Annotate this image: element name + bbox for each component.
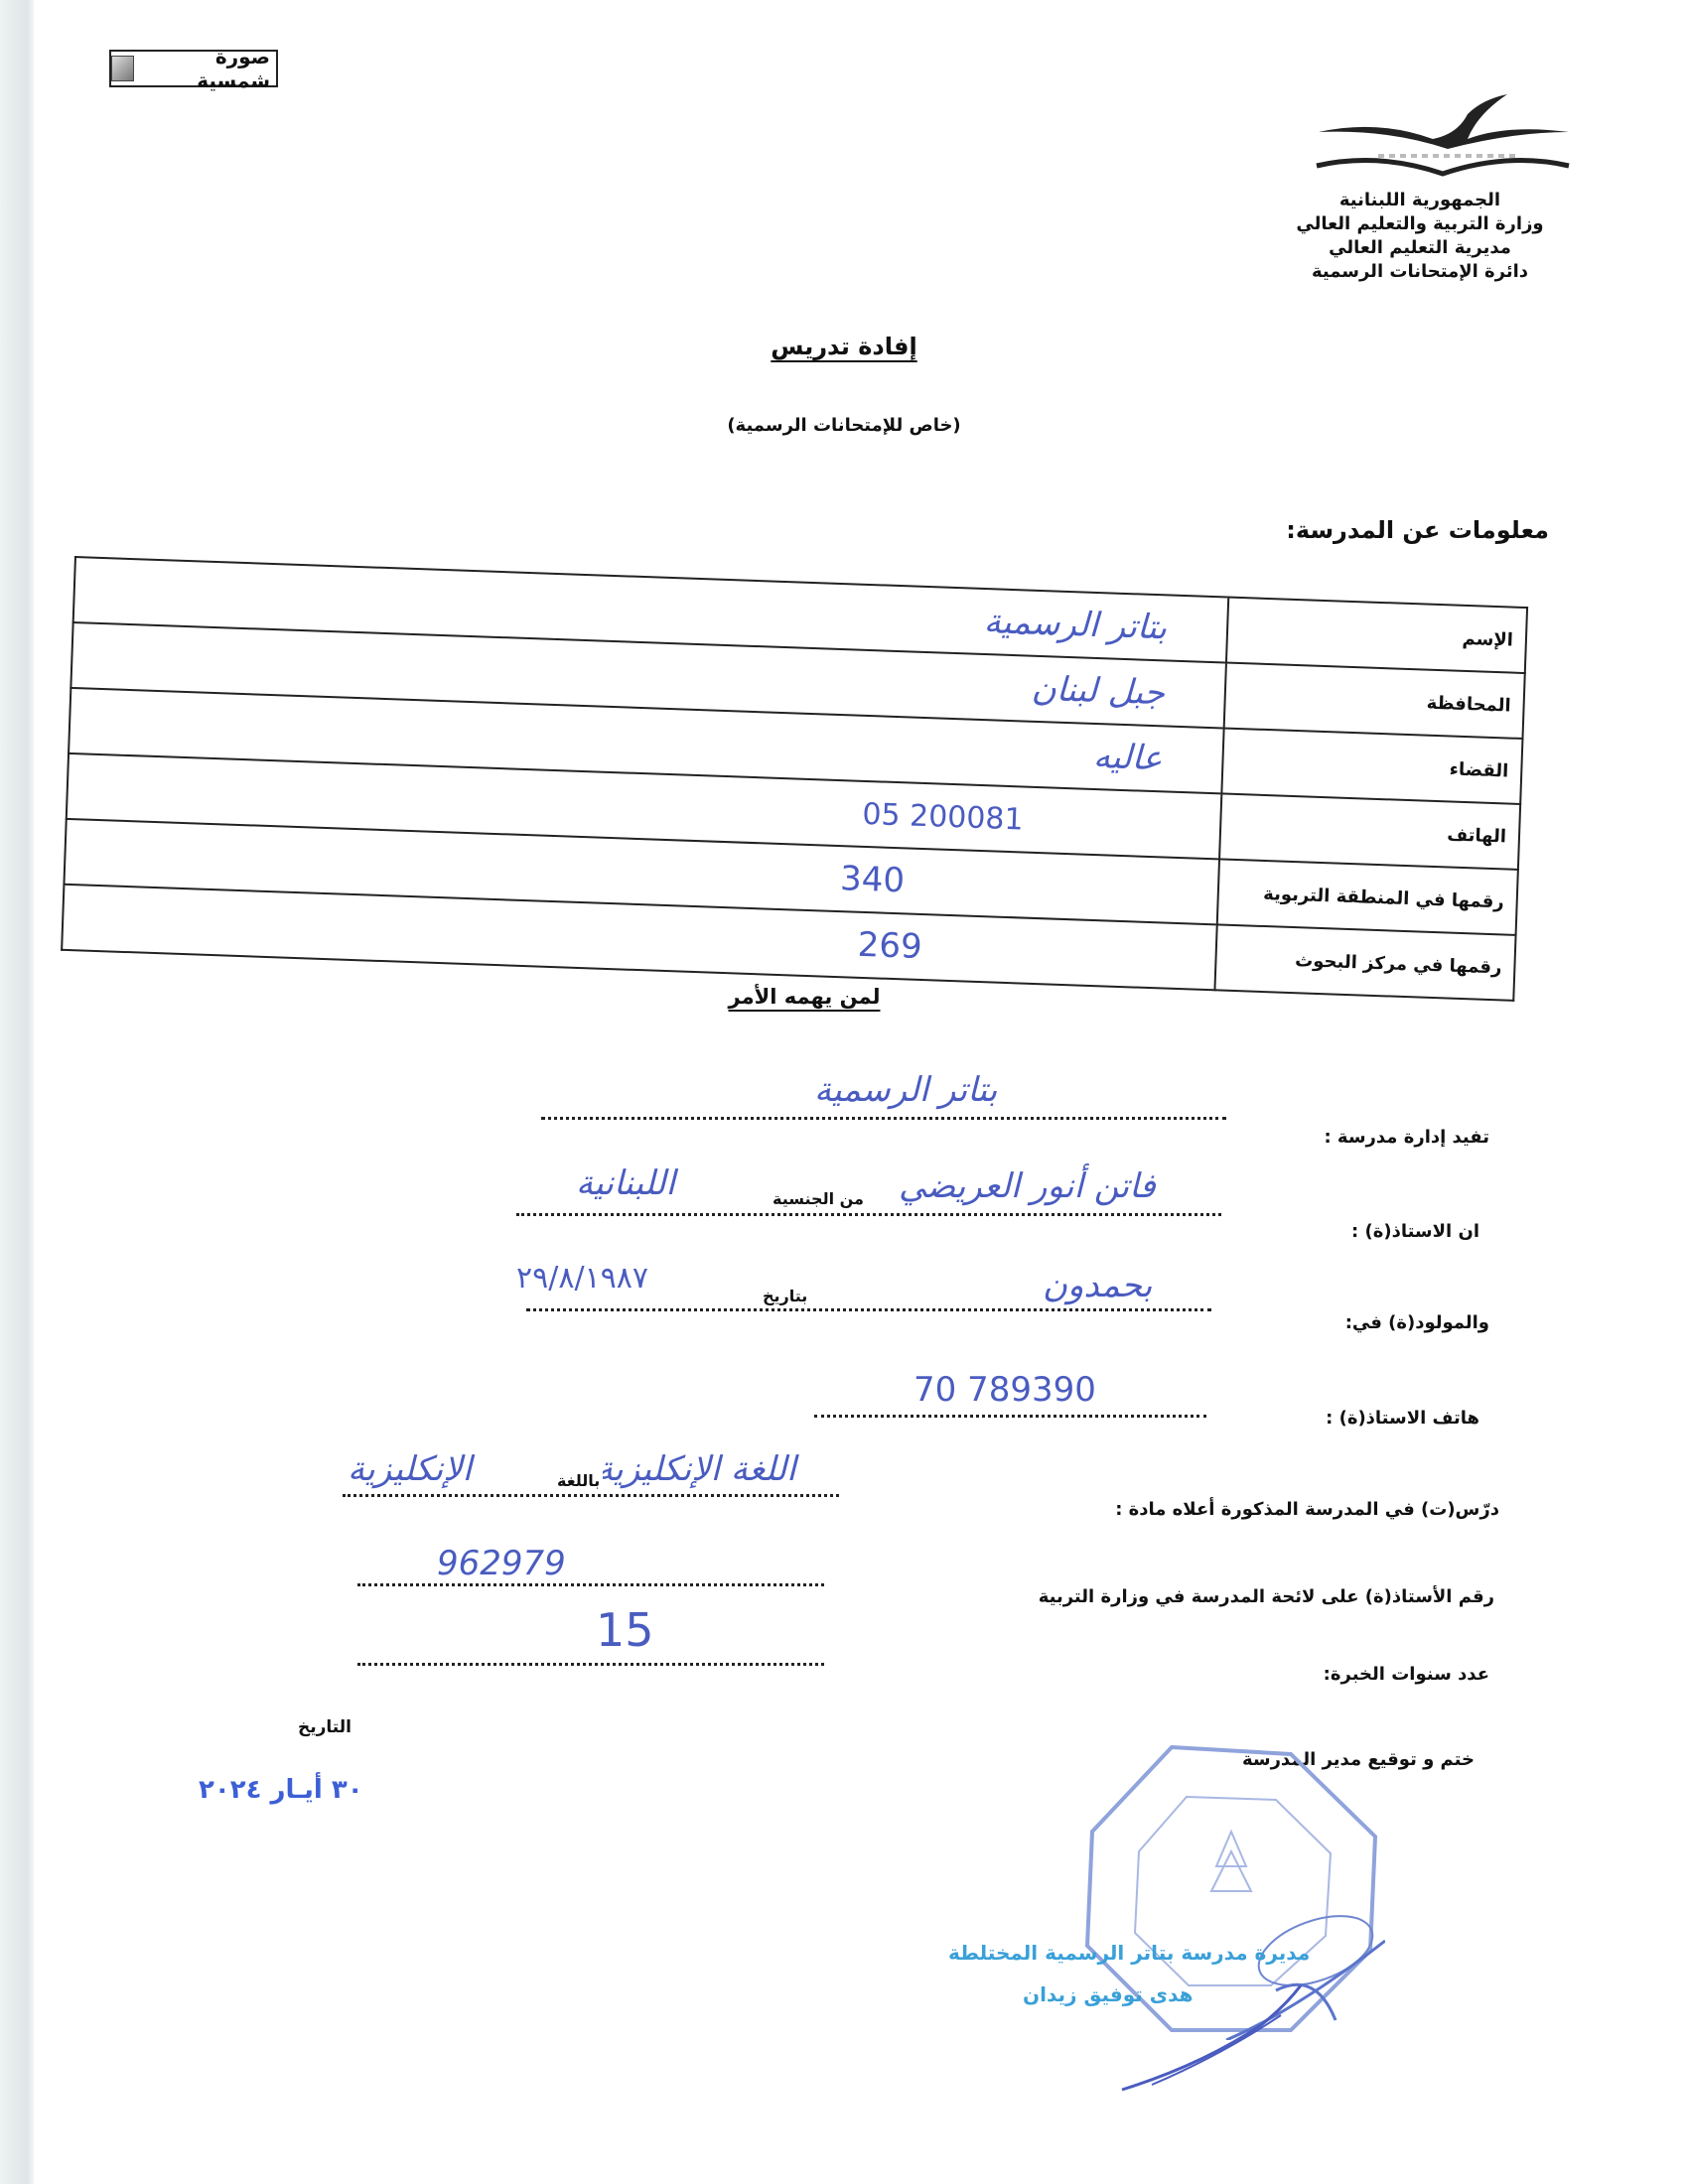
experience-years-value: 15 [596, 1603, 654, 1657]
row-label: الهاتف [1219, 793, 1520, 869]
experience-years-label: عدد سنوات الخبرة: [1324, 1664, 1489, 1685]
teacher-phone-label: هاتف الاستاذ(ة) : [1326, 1408, 1479, 1429]
header-line: الجمهورية اللبنانية [1271, 189, 1569, 212]
subject-value: اللغة الإنكليزية [596, 1449, 796, 1489]
teacher-dotted-line [516, 1213, 1221, 1216]
row-label: القضاء [1221, 729, 1522, 804]
birth-place-label: والمولود(ة) في: [1345, 1312, 1489, 1333]
school-admin-value: بتاتر الرسمية [814, 1070, 997, 1110]
ministry-number-value: 962979 [437, 1544, 566, 1583]
header-line: وزارة التربية والتعليم العالي [1271, 212, 1569, 236]
row-label: رقمها في المنطقة التربوية [1217, 859, 1518, 934]
row-label: الإسم [1226, 598, 1527, 673]
ministry-header: الجمهورية اللبنانية وزارة التربية والتعل… [1271, 189, 1569, 284]
teacher-phone-dotted-line [814, 1415, 1206, 1418]
date-value: ٣٠ أيـار ٢٠٢٤ [199, 1775, 363, 1805]
ministry-number-dotted-line [357, 1583, 824, 1586]
photo-label: صورة شمسية [138, 45, 270, 92]
date-label: التاريخ [298, 1717, 352, 1737]
teacher-label: ان الاستاذ(ة) : [1351, 1221, 1479, 1242]
to-whom-heading: لمن يهمه الأمر [0, 985, 1688, 1009]
school-admin-label: تفيد إدارة مدرسة : [1324, 1127, 1489, 1148]
birth-date-value: ٢٩/٨/١٩٨٧ [516, 1261, 648, 1296]
school-info-heading: معلومات عن المدرسة: [1286, 516, 1549, 544]
row-label: المحافظة [1224, 663, 1525, 739]
language-value: الإنكليزية [348, 1449, 472, 1489]
birth-place-value: بحمدون [1043, 1266, 1152, 1305]
language-label: باللغة [554, 1471, 603, 1490]
school-admin-dotted-line [541, 1117, 1226, 1120]
experience-years-dotted-line [357, 1663, 824, 1666]
subject-dotted-line [343, 1494, 839, 1497]
scan-page-edge [0, 0, 34, 2184]
photo-placeholder: صورة شمسية [109, 50, 278, 87]
document-subtitle: (خاص للإمتحانات الرسمية) [0, 415, 1688, 436]
school-info-table: الإسم بتاتر الرسمية المحافظة جبل لبنان ا… [61, 556, 1528, 1002]
open-book-logo-icon [1309, 94, 1577, 184]
teacher-name-value: فاتن أنور العريضي [899, 1166, 1156, 1206]
header-line: دائرة الإمتحانات الرسمية [1271, 260, 1569, 284]
birth-date-label: بتاريخ [760, 1287, 810, 1305]
photo-icon [111, 56, 134, 81]
signature-line-principal-title: مديرة مدرسة بتاتر الرسمية المختلطة [948, 1941, 1310, 1965]
header-line: مديرية التعليم العالي [1271, 236, 1569, 260]
birth-dotted-line [526, 1308, 1211, 1311]
signature-stroke-icon [1112, 1985, 1311, 2095]
subject-label: درّس(ت) في المدرسة المذكورة أعلاه مادة : [1115, 1499, 1499, 1520]
nationality-label: من الجنسية [770, 1189, 867, 1208]
nationality-value: اللبنانية [576, 1163, 675, 1203]
ministry-number-label: رقم الأستاذ(ة) على لائحة المدرسة في وزار… [1039, 1586, 1494, 1607]
teacher-phone-value: 70 789390 [914, 1370, 1096, 1410]
document-title: إفادة تدريس [0, 333, 1688, 360]
